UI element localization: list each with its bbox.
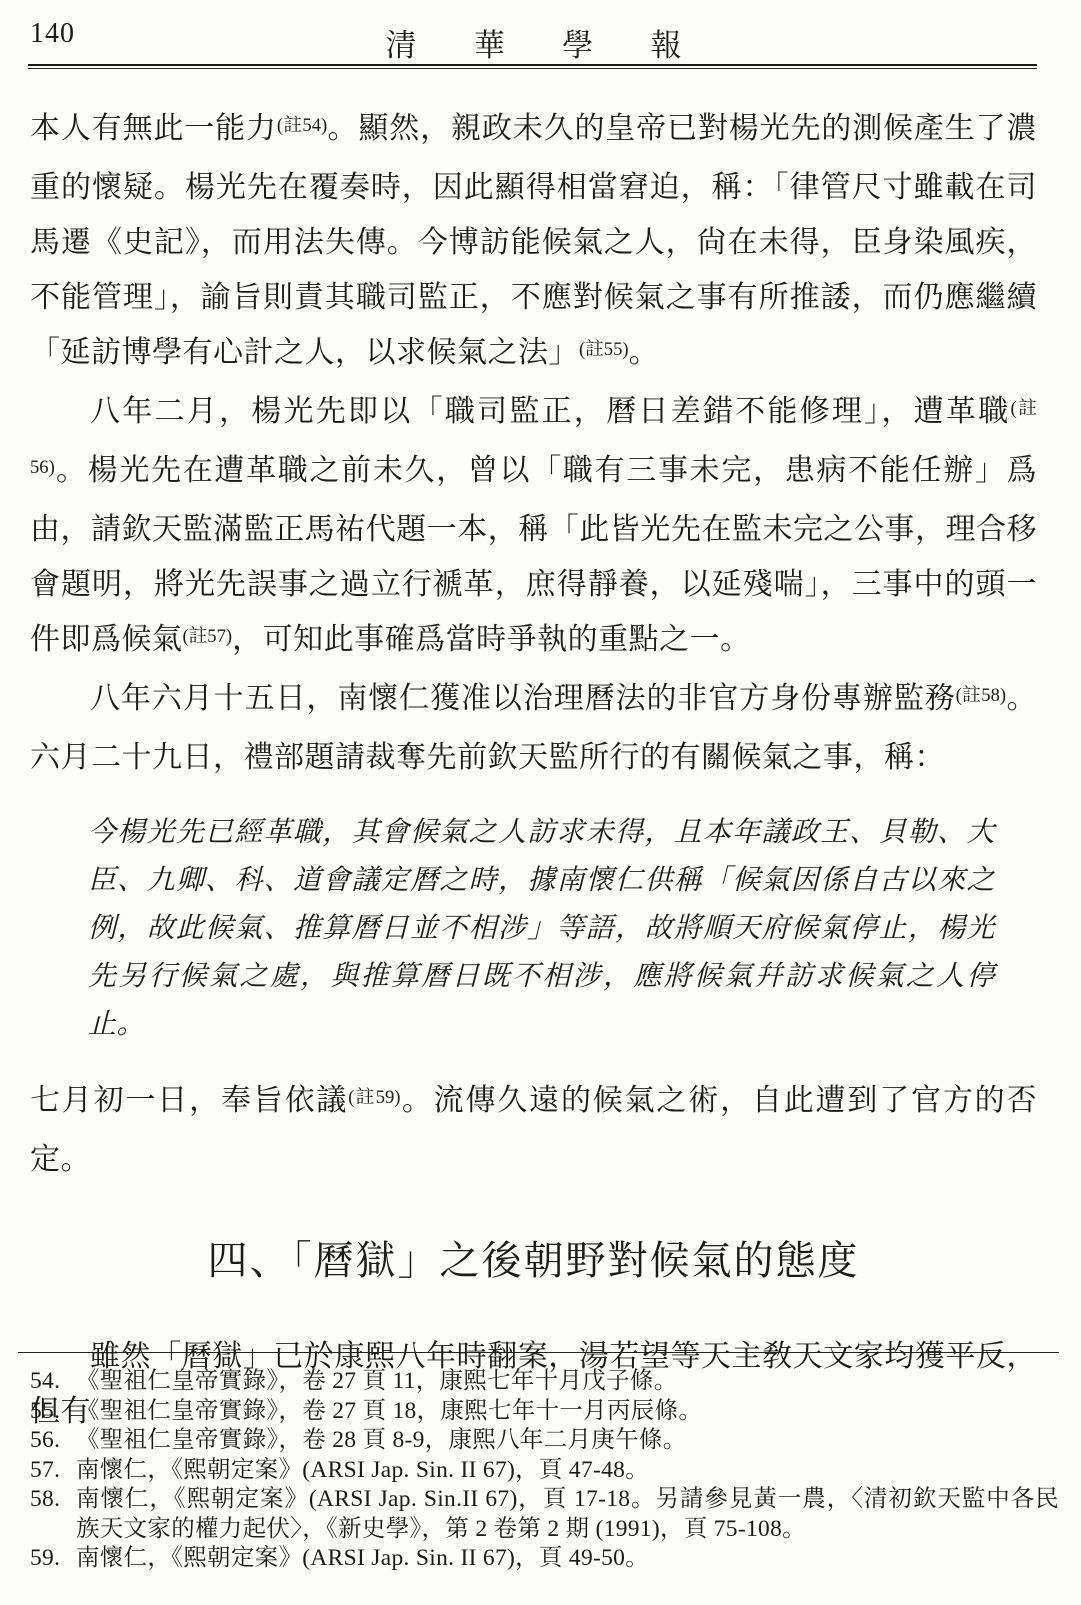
footnote-number: 55. <box>30 1397 76 1427</box>
footnote-marker: (註57) <box>183 626 233 647</box>
footnote-number: 54. <box>30 1367 76 1397</box>
footnote-marker: (註58) <box>956 685 1006 706</box>
footnote-marker: (註59) <box>348 1087 400 1108</box>
footnote-text: 《聖祖仁皇帝實錄》，卷 27 頁 11，康熙七年十月戊子條。 <box>76 1367 1059 1397</box>
page-container: 140 清華學報 本人有無此一能力(註54)。顯然，親政未久的皇帝已對楊光先的測… <box>0 0 1081 1605</box>
text-run: 今楊光先已經革職，其會候氣之人訪求未得，且本年議政王、貝勒、大臣、九卿、科、道會… <box>88 817 995 1040</box>
text-run: 四、「曆獄」之後朝野對候氣的態度 <box>208 1238 860 1283</box>
footnote-item: 56.《聖祖仁皇帝實錄》，卷 28 頁 8-9，康熙八年二月庚午條。 <box>18 1426 1059 1456</box>
footnote-item: 59.南懷仁，《熙朝定案》(ARSI Jap. Sin. II 67)，頁 49… <box>18 1544 1059 1574</box>
footnote-item: 57.南懷仁，《熙朝定案》(ARSI Jap. Sin. II 67)，頁 47… <box>18 1456 1059 1486</box>
text-run: 本人有無此一能力 <box>30 112 277 145</box>
footnote-marker: (註54) <box>277 115 327 136</box>
footnote-text: 南懷仁，《熙朝定案》(ARSI Jap. Sin. II 67)，頁 49-50… <box>76 1544 1059 1574</box>
footnote-item: 54.《聖祖仁皇帝實錄》，卷 27 頁 11，康熙七年十月戊子條。 <box>18 1367 1059 1397</box>
journal-title: 清華學報 <box>30 20 1037 65</box>
text-run: 八年六月十五日，南懷仁獲准以治理曆法的非官方身份專辦監務 <box>90 682 956 715</box>
footnote-item: 58.南懷仁，《熙朝定案》(ARSI Jap. Sin.II 67)，頁 17-… <box>18 1485 1059 1544</box>
footnote-number: 57. <box>30 1456 76 1486</box>
paragraph: 八年六月十五日，南懷仁獲准以治理曆法的非官方身份專辦監務(註58)。六月二十九日… <box>30 671 1037 785</box>
text-run: ，可知此事確爲當時爭執的重點之一。 <box>232 623 751 656</box>
text-run: 。 <box>629 336 660 369</box>
paragraph: 八年二月，楊光先即以「職司監正，曆日差錯不能修理」，遭革職(註56)。楊光先在遭… <box>30 384 1037 671</box>
footnote-number: 58. <box>30 1485 76 1544</box>
block-quote: 今楊光先已經革職，其會候氣之人訪求未得，且本年議政王、貝勒、大臣、九卿、科、道會… <box>88 809 995 1049</box>
text-run: 八年二月，楊光先即以「職司監正，曆日差錯不能修理」，遭革職 <box>90 395 1010 428</box>
text-run: 。顯然，親政未久的皇帝已對楊光先的測候產生了濃重的懷疑。楊光先在覆奏時，因此顯得… <box>30 112 1037 369</box>
footnote-section: 54.《聖祖仁皇帝實錄》，卷 27 頁 11，康熙七年十月戊子條。55.《聖祖仁… <box>18 1352 1059 1574</box>
paragraph: 本人有無此一能力(註54)。顯然，親政未久的皇帝已對楊光先的測候產生了濃重的懷疑… <box>30 101 1037 384</box>
paragraph: 七月初一日，奉旨依議(註59)。流傳久遠的候氣之術，自此遭到了官方的否定。 <box>30 1073 1037 1187</box>
footnote-text: 《聖祖仁皇帝實錄》，卷 28 頁 8-9，康熙八年二月庚午條。 <box>76 1426 1059 1456</box>
footnote-number: 56. <box>30 1426 76 1456</box>
footnote-list: 54.《聖祖仁皇帝實錄》，卷 27 頁 11，康熙七年十月戊子條。55.《聖祖仁… <box>18 1367 1059 1574</box>
article-body: 本人有無此一能力(註54)。顯然，親政未久的皇帝已對楊光先的測候產生了濃重的懷疑… <box>30 101 1037 1439</box>
footnote-number: 59. <box>30 1544 76 1574</box>
footnote-item: 55.《聖祖仁皇帝實錄》，卷 27 頁 18，康熙七年十一月丙辰條。 <box>18 1397 1059 1427</box>
footnote-rule <box>18 1352 1059 1353</box>
footnote-text: 南懷仁，《熙朝定案》(ARSI Jap. Sin.II 67)，頁 17-18。… <box>76 1485 1059 1544</box>
page-header: 140 清華學報 <box>30 12 1037 62</box>
text-run: 七月初一日，奉旨依議 <box>30 1084 348 1117</box>
footnote-text: 《聖祖仁皇帝實錄》，卷 27 頁 18，康熙七年十一月丙辰條。 <box>76 1397 1059 1427</box>
footnote-text: 南懷仁，《熙朝定案》(ARSI Jap. Sin. II 67)，頁 47-48… <box>76 1456 1059 1486</box>
section-heading: 四、「曆獄」之後朝野對候氣的態度 <box>30 1235 1037 1287</box>
footnote-marker: (註55) <box>579 339 629 360</box>
